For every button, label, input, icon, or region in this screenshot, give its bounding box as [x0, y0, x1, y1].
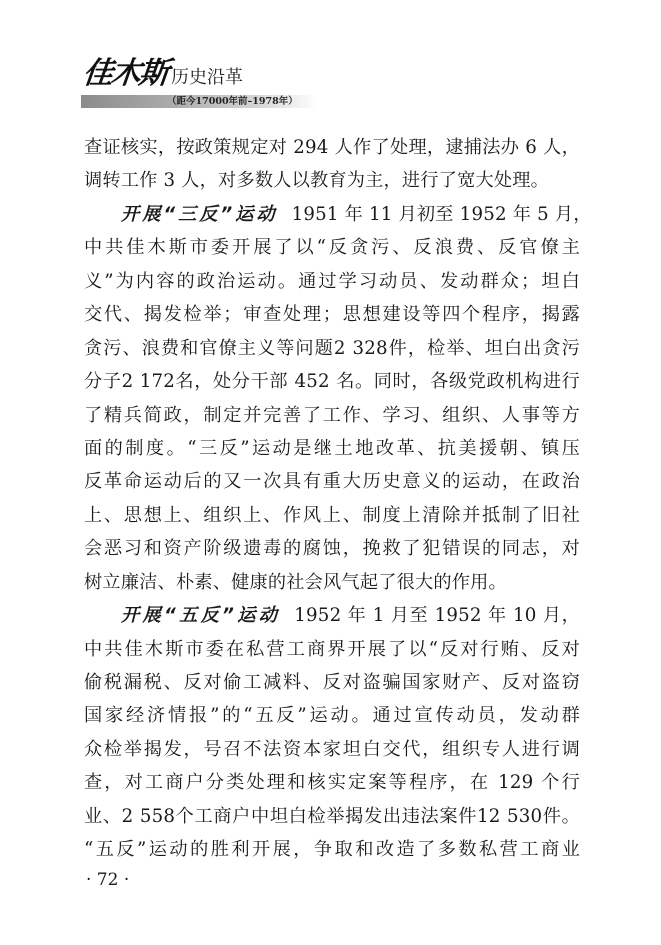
section-heading-line: 开展“五反”运动1952 年 1 月至 1952 年 10 月， — [84, 599, 580, 632]
text-line: 上、思想上、组织上、作风上、制度上清除并抵制了旧社 — [84, 499, 580, 532]
text-line: 贪污、浪费和官僚主义等问题2 328件，检举、坦白出贪污 — [84, 332, 580, 365]
text-line: 国家经济情报”的“五反”运动。通过宣传动员，发动群 — [84, 699, 580, 732]
section-heading-wufan: 开展“五反”运动 — [121, 605, 280, 626]
page-number: · 72 · — [86, 870, 129, 890]
section-heading-sanfan: 开展“三反”运动 — [121, 204, 278, 225]
text-line: 中共佳木斯市委开展了以“反贪污、反浪费、反官僚主 — [84, 231, 580, 264]
text-line: 反革命运动后的又一次具有重大历史意义的运动，在政治 — [84, 465, 580, 498]
book-title-calligraphy: 佳木斯 — [81, 54, 169, 94]
book-title: 佳木斯 历史沿革 — [83, 50, 243, 94]
text-line: 中共佳木斯市委在私营工商界开展了以“反对行贿、反对 — [84, 633, 580, 666]
text-line: 查证核实，按政策规定对 294 人作了处理，逮捕法办 6 人， — [84, 131, 580, 164]
text-line: 交代、揭发检举；审查处理；思想建设等四个程序，揭露 — [84, 298, 580, 331]
text-line: 会恶习和资产阶级遗毒的腐蚀，挽救了犯错误的同志，对 — [84, 532, 580, 565]
text-line: 树立廉洁、朴素、健康的社会风气起了很大的作用。 — [84, 566, 580, 599]
text-segment: 1952 年 1 月至 1952 年 10 月， — [294, 605, 580, 626]
text-line: 面的制度。“三反”运动是继土地改革、抗美援朝、镇压 — [84, 432, 580, 465]
page-body: 查证核实，按政策规定对 294 人作了处理，逮捕法办 6 人， 调转工作 3 人… — [84, 131, 580, 867]
text-line: 了精兵简政，制定并完善了工作、学习、组织、人事等方 — [84, 399, 580, 432]
text-line: 查，对工商户分类处理和核实定案等程序，在 129 个行 — [84, 766, 580, 799]
period-label: （距今17000年前–1978年） — [167, 94, 298, 109]
text-line: “五反”运动的胜利开展，争取和改造了多数私营工商业 — [84, 833, 580, 866]
section-heading-line: 开展“三反”运动1951 年 11 月初至 1952 年 5 月， — [84, 198, 580, 231]
text-line: 调转工作 3 人，对多数人以教育为主，进行了宽大处理。 — [84, 164, 580, 197]
book-header: 佳木斯 历史沿革 （距今17000年前–1978年） — [83, 50, 323, 110]
text-line: 众检举揭发，号召不法资本家坦白交代，组织专人进行调 — [84, 733, 580, 766]
text-line: 义”为内容的政治运动。通过学习动员、发动群众；坦白 — [84, 265, 580, 298]
text-line: 分子2 172名，处分干部 452 名。同时，各级党政机构进行 — [84, 365, 580, 398]
text-segment: 1951 年 11 月初至 1952 年 5 月， — [292, 204, 592, 225]
text-line: 偷税漏税、反对偷工减料、反对盗骗国家财产、反对盗窃 — [84, 666, 580, 699]
text-line: 业、2 558个工商户中坦白检举揭发出违法案件12 530件。 — [84, 800, 580, 833]
book-title-subtitle: 历史沿革 — [171, 62, 243, 94]
